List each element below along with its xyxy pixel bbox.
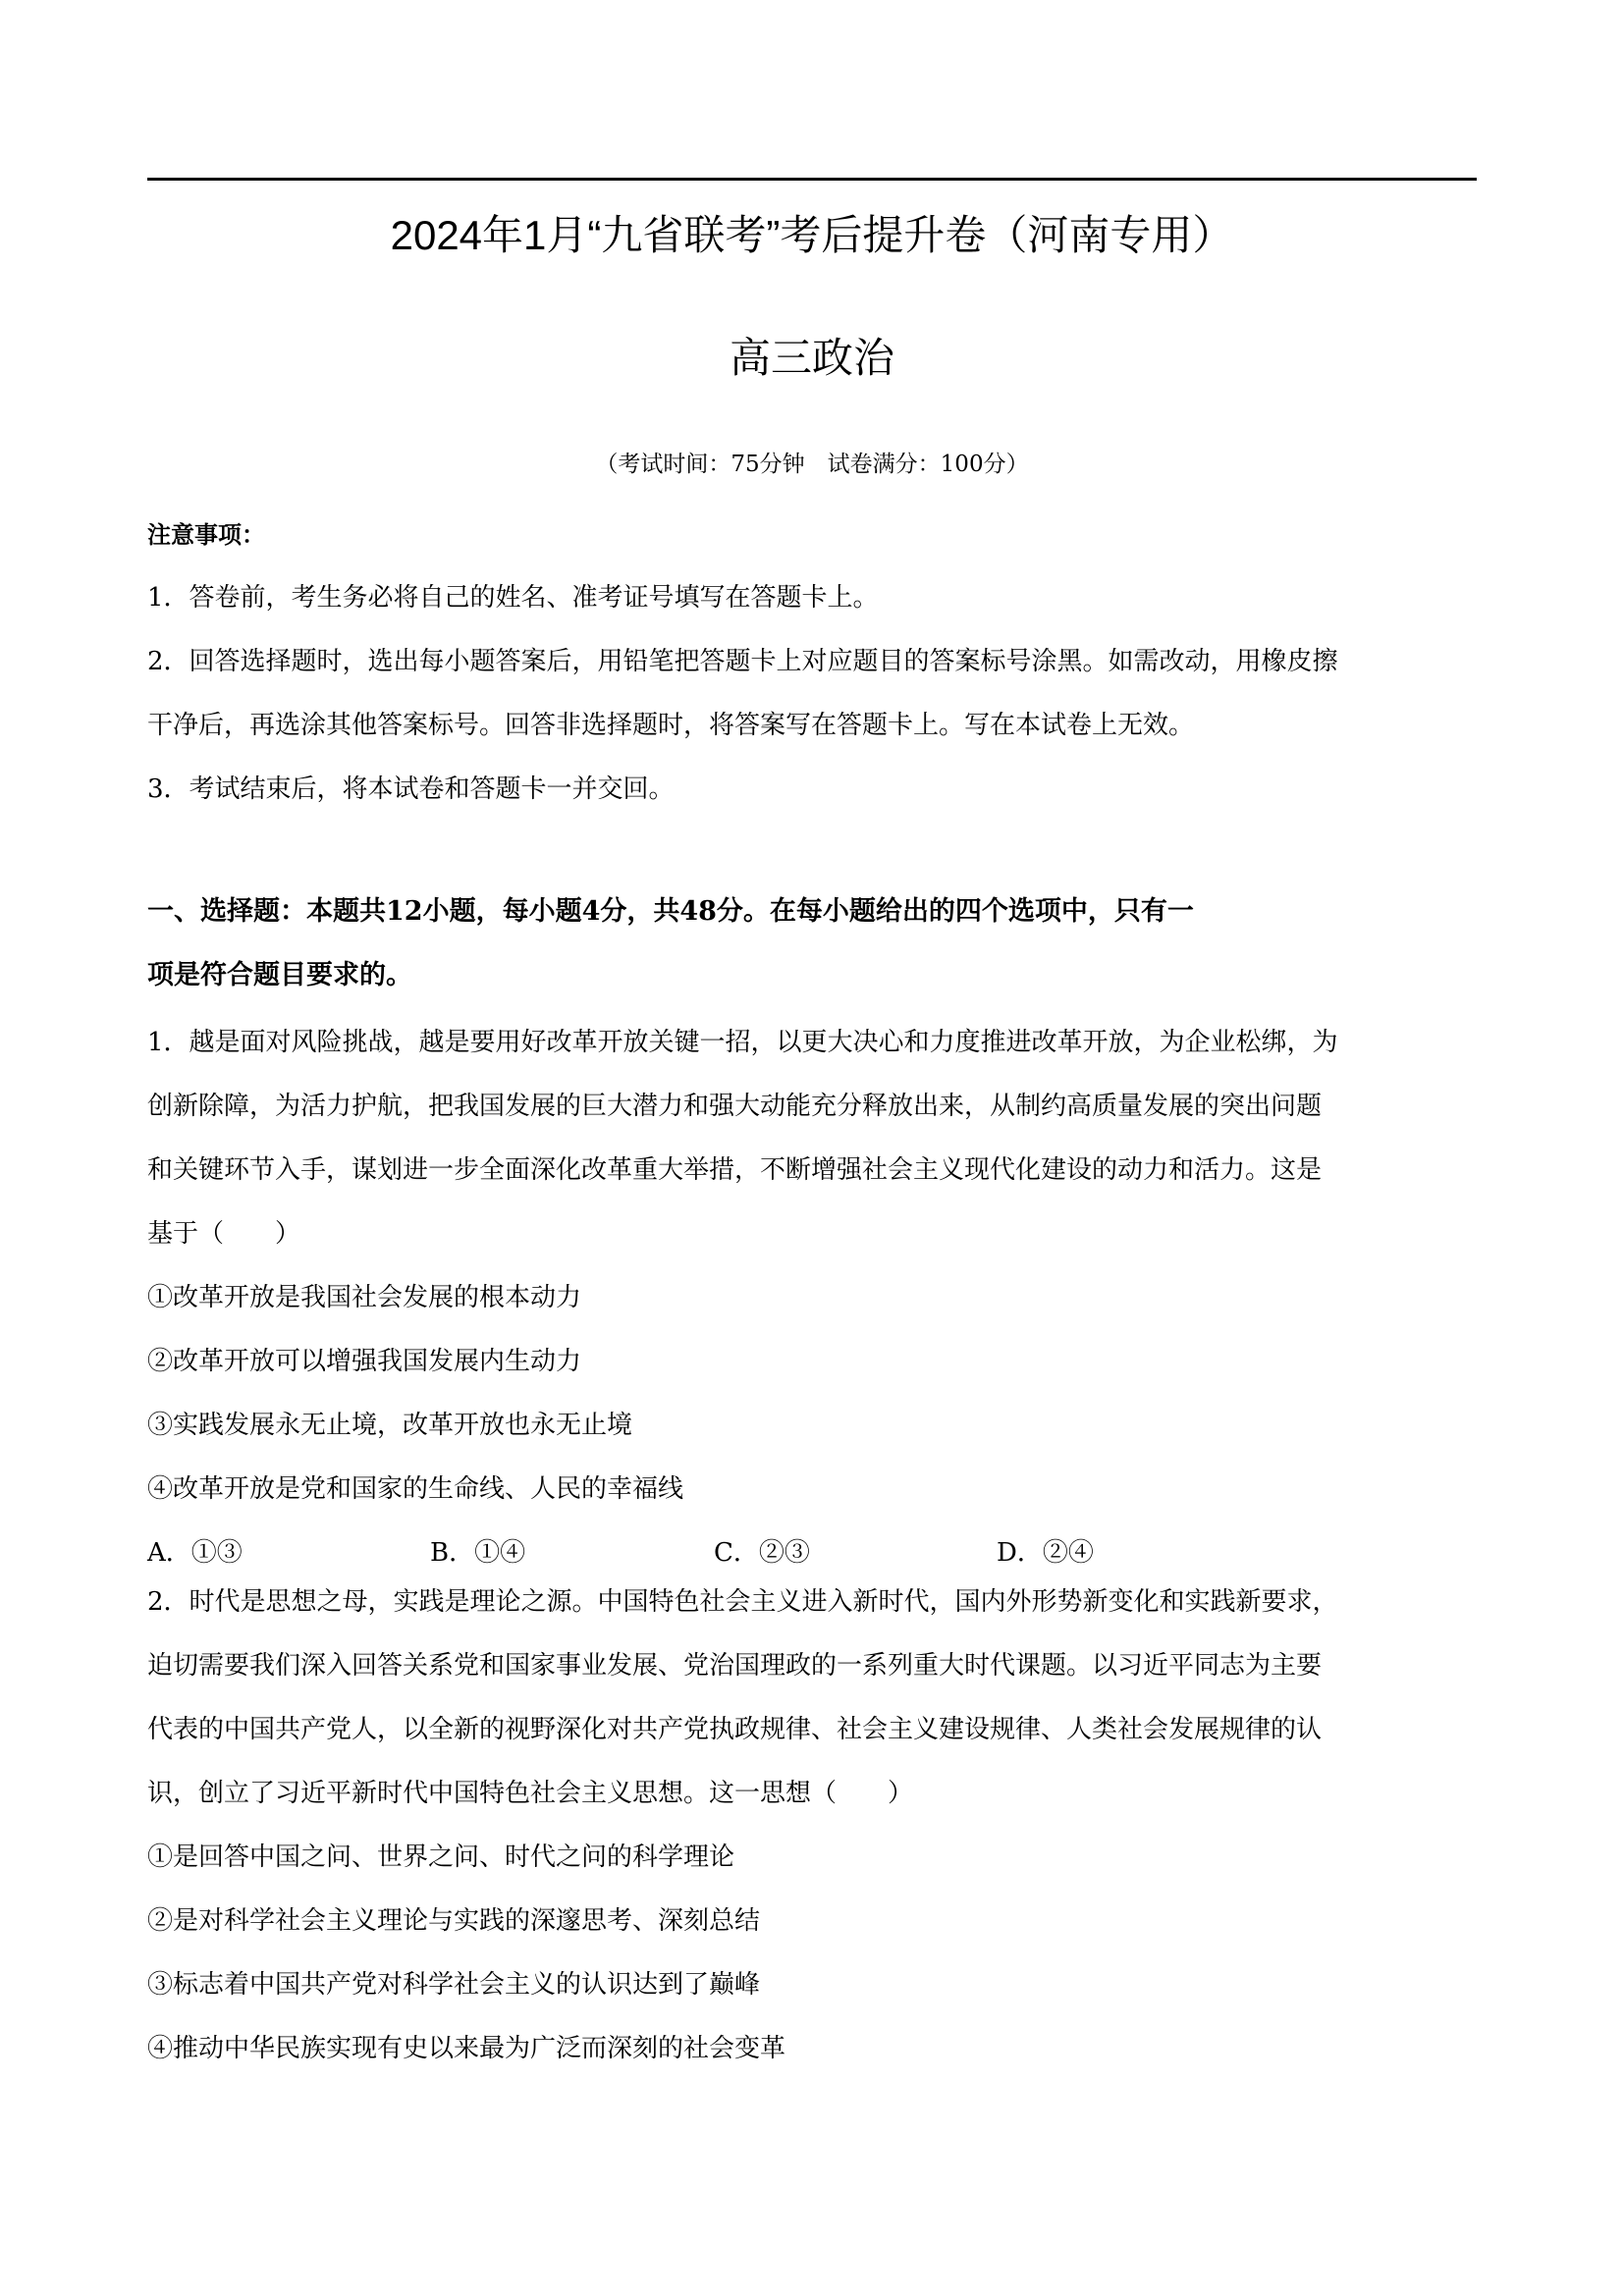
question-stem-line: 和关键环节入手，谋划进一步全面深化改革重大举措，不断增强社会主义现代化建设的动力…: [147, 1139, 1479, 1202]
notice-item: 干净后，再选涂其他答案标号。回答非选择题时，将答案写在答题卡上。写在本试卷上无效…: [147, 694, 1479, 758]
section-heading-line: 项是符合题目要求的。: [147, 943, 1479, 1007]
notice-list: 1．答卷前，考生务必将自己的姓名、准考证号填写在答题卡上。 2．回答选择题时，选…: [147, 566, 1479, 822]
subject-title: 高三政治: [147, 331, 1477, 386]
statement: ②改革开放可以增强我国发展内生动力: [147, 1330, 1479, 1394]
notice-item: 3．考试结束后，将本试卷和答题卡一并交回。: [147, 758, 1479, 822]
statement: ③标志着中国共产党对科学社会主义的认识达到了巅峰: [147, 1953, 1479, 2017]
statement: ②是对科学社会主义理论与实践的深邃思考、深刻总结: [147, 1890, 1479, 1953]
question-stem-line: 识，创立了习近平新时代中国特色社会主义思想。这一思想（ ）: [147, 1762, 1479, 1826]
question-stem-line: 2．时代是思想之母，实践是理论之源。中国特色社会主义进入新时代，国内外形势新变化…: [147, 1571, 1479, 1634]
question-stem-line: 1．越是面对风险挑战，越是要用好改革开放关键一招，以更大决心和力度推进改革开放，…: [147, 1011, 1479, 1075]
question-stem-line: 代表的中国共产党人，以全新的视野深化对共产党执政规律、社会主义建设规律、人类社会…: [147, 1698, 1479, 1762]
question-stem-line: 创新除障，为活力护航，把我国发展的巨大潜力和强大动能充分释放出来，从制约高质量发…: [147, 1075, 1479, 1139]
question-2: 2．时代是思想之母，实践是理论之源。中国特色社会主义进入新时代，国内外形势新变化…: [147, 1571, 1479, 2081]
question-stem-line: 迫切需要我们深入回答关系党和国家事业发展、党治国理政的一系列重大时代课题。以习近…: [147, 1634, 1479, 1698]
header-rule: [147, 178, 1477, 181]
statement: ①是回答中国之问、世界之问、时代之问的科学理论: [147, 1826, 1479, 1890]
notice-item: 2．回答选择题时，选出每小题答案后，用铅笔把答题卡上对应题目的答案标号涂黑。如需…: [147, 630, 1479, 694]
statement: ④改革开放是党和国家的生命线、人民的幸福线: [147, 1458, 1479, 1522]
question-stem-line: 基于（ ）: [147, 1202, 1479, 1266]
statement: ①改革开放是我国社会发展的根本动力: [147, 1266, 1479, 1330]
section-heading-line: 一、选择题：本题共12小题，每小题4分，共48分。在每小题给出的四个选项中，只有…: [147, 880, 1479, 943]
document-title: 2024年1月“九省联考”考后提升卷（河南专用）: [147, 208, 1477, 263]
section-heading: 一、选择题：本题共12小题，每小题4分，共48分。在每小题给出的四个选项中，只有…: [147, 880, 1479, 1007]
statement: ④推动中华民族实现有史以来最为广泛而深刻的社会变革: [147, 2017, 1479, 2081]
exam-page: 2024年1月“九省联考”考后提升卷（河南专用） 高三政治 （考试时间：75分钟…: [0, 0, 1624, 2296]
exam-info: （考试时间：75分钟 试卷满分：100分）: [147, 449, 1477, 480]
question-1: 1．越是面对风险挑战，越是要用好改革开放关键一招，以更大决心和力度推进改革开放，…: [147, 1011, 1479, 1585]
notice-item: 1．答卷前，考生务必将自己的姓名、准考证号填写在答题卡上。: [147, 566, 1479, 630]
statement: ③实践发展永无止境，改革开放也永无止境: [147, 1394, 1479, 1458]
notice-heading: 注意事项：: [147, 504, 1479, 567]
